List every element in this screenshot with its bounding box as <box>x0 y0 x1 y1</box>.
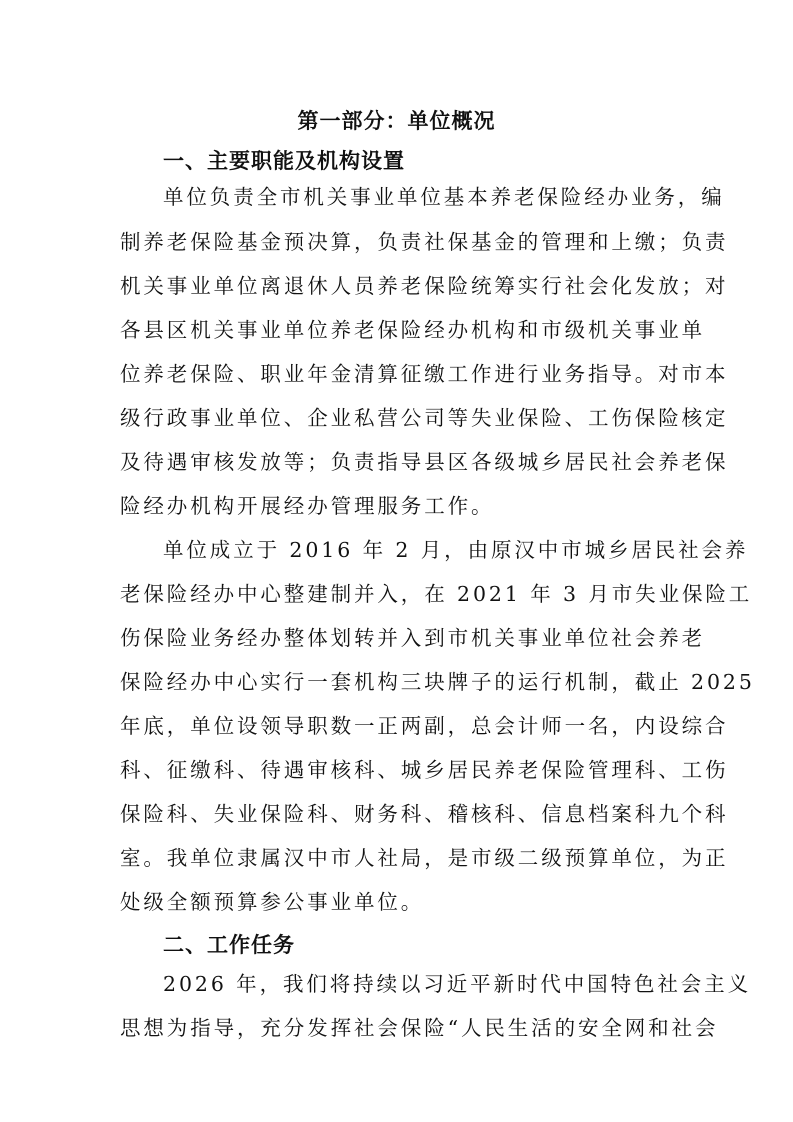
document-page: 第一部分：单位概况 一、主要职能及机构设置 单位负责全市机关事业单位基本养老保险… <box>0 0 793 1122</box>
paragraph-line: 险经办机构开展经办管理服务工作。 <box>120 494 680 518</box>
paragraph-line: 老保险经办中心整建制并入，在 2021 年 3 月市失业保险工 <box>120 582 680 606</box>
paragraph-line: 室。我单位隶属汉中市人社局，是市级二级预算单位，为正 <box>120 846 680 870</box>
paragraph-line: 保险经办中心实行一套机构三块牌子的运行机制，截止 2025 <box>120 670 680 694</box>
paragraph-line: 科、征缴科、待遇审核科、城乡居民养老保险管理科、工伤 <box>120 758 680 782</box>
paragraph-line: 各县区机关事业单位养老保险经办机构和市级机关事业单 <box>120 318 680 342</box>
part-title: 第一部分：单位概况 <box>0 108 793 134</box>
paragraph-line: 2026 年，我们将持续以习近平新时代中国特色社会主义 <box>163 972 723 996</box>
paragraph-line: 单位成立于 2016 年 2 月，由原汉中市城乡居民社会养 <box>163 538 723 562</box>
paragraph-line: 位养老保险、职业年金清算征缴工作进行业务指导。对市本 <box>120 362 680 386</box>
section-heading-1: 一、主要职能及机构设置 <box>163 148 405 174</box>
paragraph-line: 机关事业单位离退休人员养老保险统筹实行社会化发放；对 <box>120 274 680 298</box>
paragraph-line: 思想为指导，充分发挥社会保险“人民生活的安全网和社会 <box>120 1016 680 1040</box>
paragraph-line: 年底，单位设领导职数一正两副，总会计师一名，内设综合 <box>120 714 680 738</box>
paragraph-line: 级行政事业单位、企业私营公司等失业保险、工伤保险核定 <box>120 406 680 430</box>
paragraph-line: 制养老保险基金预决算，负责社保基金的管理和上缴；负责 <box>120 230 680 254</box>
paragraph-line: 及待遇审核发放等；负责指导县区各级城乡居民社会养老保 <box>120 450 680 474</box>
section-heading-2: 二、工作任务 <box>163 932 295 958</box>
paragraph-line: 单位负责全市机关事业单位基本养老保险经办业务，编 <box>163 185 723 209</box>
paragraph-line: 处级全额预算参公事业单位。 <box>120 890 680 914</box>
paragraph-line: 伤保险业务经办整体划转并入到市机关事业单位社会养老 <box>120 626 680 650</box>
paragraph-line: 保险科、失业保险科、财务科、稽核科、信息档案科九个科 <box>120 802 680 826</box>
